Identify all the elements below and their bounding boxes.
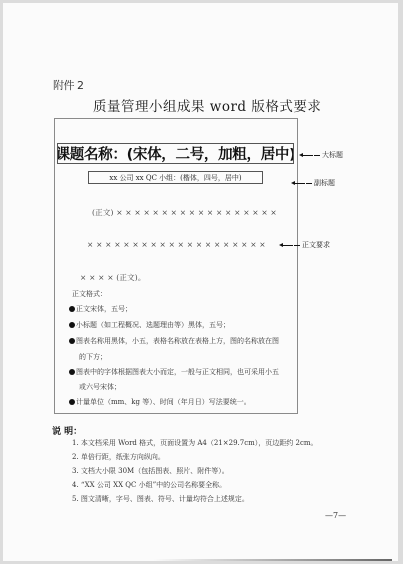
sample-main-title-box: 课题名称：(宋体，二号，加粗，居中): [57, 143, 294, 164]
left-arrow-icon: [293, 183, 305, 184]
annotation-main-title-text: 大标题: [322, 150, 343, 160]
format-bullet-2: 小标题（如工程概况、选题理由等）黑体，五号；: [69, 320, 230, 330]
document-title: 质量管理小组成果 word 版格式要求: [93, 95, 321, 115]
dash-line: [306, 183, 312, 184]
format-bullet-1: 正文宋体，五号；: [69, 304, 132, 314]
annotation-body-text: 正文要求: [302, 240, 330, 250]
sample-body-line-3: × × × × (正文)。: [80, 272, 146, 283]
bullet-icon: [69, 322, 75, 328]
note-item-5: 5. 图文清晰，字号、图表、符号、计量均符合上述规定。: [72, 494, 249, 504]
page-shadow: [153, 559, 392, 561]
sample-body-line-1: (正文) × × × × × × × × × × × × × × × × × ×: [92, 207, 277, 218]
note-item-1: 1. 本文档采用 Word 格式，页面设置为 A4（21×29.7cm），页边距…: [72, 438, 318, 448]
note-item-2: 2. 单倍行距，纸张方向纵向。: [72, 452, 165, 462]
annotation-body: 正文要求: [281, 240, 330, 250]
notes-heading: 说 明：: [52, 424, 82, 437]
annotation-main-title: 大标题: [301, 150, 343, 160]
sample-subtitle-box: xx 公司 xx QC 小组：(楷体，四号，居中): [88, 171, 263, 184]
dash-line: [314, 155, 320, 156]
left-arrow-icon: [281, 245, 293, 246]
dash-line: [294, 245, 300, 246]
annotation-subtitle-text: 副标题: [314, 178, 335, 188]
format-bullet-4-continuation: 或六号宋体；: [79, 382, 121, 392]
note-item-4: 4. “XX 公司 XX QC 小组”中的公司名称要全称。: [72, 480, 226, 490]
bullet-icon: [69, 338, 75, 344]
annotation-subtitle: 副标题: [293, 178, 335, 188]
format-bullet-3-continuation: 的下方；: [79, 352, 107, 362]
bullet-icon: [69, 306, 75, 312]
sample-subtitle-text: xx 公司 xx QC 小组：(楷体，四号，居中): [109, 173, 241, 183]
sample-body-line-2: × × × × × × × × × × × × × × × × × × × ×: [87, 240, 266, 249]
page-number: —7—: [325, 511, 346, 520]
format-bullet-5: 计量单位（mm、kg 等）、时间（年月日）写法要统一。: [69, 397, 251, 407]
sample-main-title-text: 课题名称：(宋体，二号，加粗，居中): [57, 143, 294, 164]
format-heading: 正文格式：: [72, 289, 107, 299]
bullet-icon: [69, 399, 75, 405]
format-bullet-4: 图表中的字体根据图表大小而定，一般与正文相同，也可采用小五: [69, 367, 279, 377]
format-bullet-3: 图表名称用黑体，小五，表格名称放在表格上方，图的名称放在图: [69, 336, 279, 346]
left-arrow-icon: [301, 155, 313, 156]
attachment-label: 附件 2: [53, 77, 84, 93]
note-item-3: 3. 文档大小限 30M（包括图表、照片、附件等）。: [72, 466, 229, 476]
bullet-icon: [69, 369, 75, 375]
